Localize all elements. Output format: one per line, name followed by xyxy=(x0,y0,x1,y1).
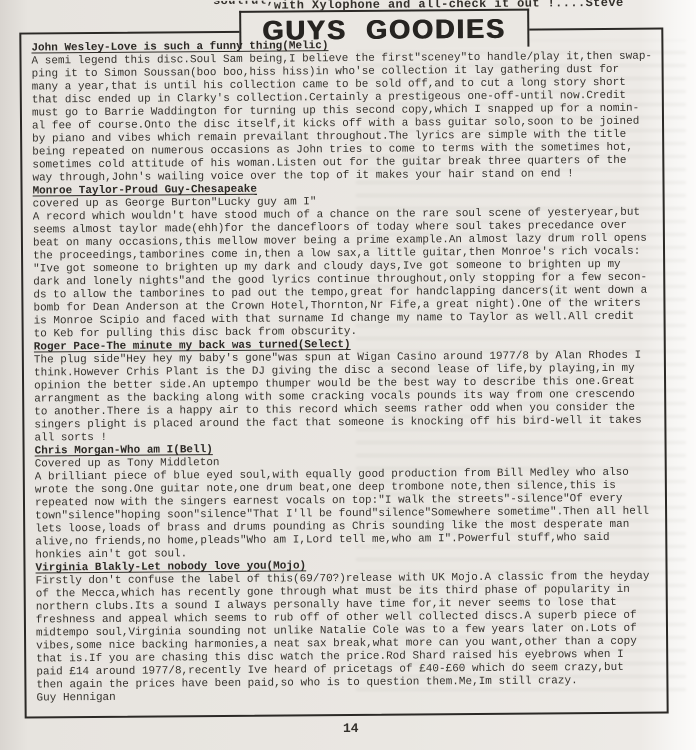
review-body: Firstly don't confuse the label of this(… xyxy=(36,571,661,693)
review-body: A record which wouldn't have stood much … xyxy=(33,207,658,342)
review-entry: Virginia Blakly-Let nobody love you(Mojo… xyxy=(35,558,660,693)
scanned-page: soulful;with Xylophone and all-check it … xyxy=(0,0,696,750)
review-body: A brilliant piece of blue eyed soul,with… xyxy=(35,467,660,563)
clipped-text-fragment: soulful; xyxy=(213,0,274,8)
article-content: John Wesley-Love is such a funny thing(M… xyxy=(31,38,660,715)
review-body: A semi legend this disc.Soul Sam being,I… xyxy=(31,51,656,186)
review-entry: Roger Pace-The minute my back was turned… xyxy=(34,337,659,446)
review-entry: John Wesley-Love is such a funny thing(M… xyxy=(31,38,656,186)
review-body: The plug side"Hey hey my baby's gone"was… xyxy=(34,350,659,446)
review-entry: Monroe Taylor-Proud Guy-Chesapeake cover… xyxy=(33,181,658,342)
review-entry: Chris Morgan-Who am I(Bell) Covered up a… xyxy=(35,441,660,563)
article-border-frame: GUYS GOODIES John Wesley-Love is such a … xyxy=(19,28,668,719)
page-number: 14 xyxy=(3,718,696,738)
